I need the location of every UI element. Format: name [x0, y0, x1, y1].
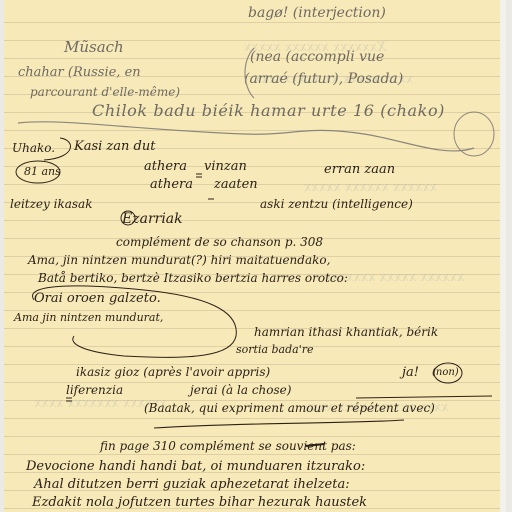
ink-text: liferenzia: [66, 384, 123, 396]
pencil-note: (nea (accompli vue: [250, 50, 384, 64]
ink-text: leitzey ikasak: [10, 198, 92, 210]
circled-note: (non): [432, 368, 459, 378]
ink-text: fin page 310 complément se souvient pas:: [100, 440, 356, 452]
verse-line: Ahal ditutzen berri guziak aphezetarat i…: [34, 478, 350, 491]
page-right-edge: [500, 0, 506, 512]
bleed-through-text: xxxxxx xxxxxx xxxxx: [304, 180, 437, 195]
manuscript-page: Xxxxxxx xxxxxx xxxxx xxxx xxxxx xx xxxxx…: [4, 0, 506, 512]
verse-line: Ama, jin nintzen mundurat(?) hiri maitat…: [28, 254, 330, 266]
ink-text: athera: [150, 178, 193, 191]
pencil-note: Mũsach: [64, 40, 124, 55]
verse-line: Batå bertiko, bertzè Itzasiko bertzia ha…: [38, 272, 348, 284]
ink-text: athera: [144, 160, 187, 173]
verse-line: Devocione handi handi bat, oi munduaren …: [26, 460, 365, 473]
pencil-note: bagø! (interjection): [248, 6, 386, 20]
ink-text: jerai (à la chose): [190, 384, 291, 396]
ink-text: ikasiz gioz (après l'avoir appris): [76, 366, 270, 378]
pencil-note: (arraé (futur), Posada): [244, 72, 403, 86]
pencil-circle: [454, 112, 494, 156]
pencil-note: parcourant d'elle-même): [30, 86, 180, 98]
pencil-note: chahar (Russie, en: [18, 66, 141, 79]
age-note: 81 ans: [24, 166, 61, 177]
ink-text: vinzan: [204, 160, 247, 173]
ink-separator: [154, 420, 404, 428]
ink-text: hamrian ithasi khantiak, bérik: [254, 326, 438, 338]
ink-text: Kasi zan dut: [74, 140, 155, 153]
boxed-verse: Ama jin nintzen mundurat,: [14, 312, 163, 323]
ink-text: erran zaan: [324, 163, 395, 176]
ink-text: sortia bada're: [236, 344, 314, 355]
ink-text: zaaten: [214, 178, 258, 191]
ink-text: (Baatak, qui expriment amour et répétent…: [144, 402, 435, 414]
section-heading: Ezarriak: [122, 212, 183, 226]
verse-line: Ezdakit nola jofutzen turtes bihar hezur…: [32, 496, 367, 509]
ink-text: complément de so chanson p. 308: [116, 236, 323, 248]
ink-label: Uhako.: [12, 142, 55, 154]
ink-text: ja!: [402, 366, 419, 379]
ink-text: aski zentzu (intelligence): [260, 198, 413, 210]
pencil-note: Chilok badu biéik hamar urte 16 (chako): [92, 103, 445, 119]
verse-line: Orai oroen galzeto.: [34, 292, 161, 305]
